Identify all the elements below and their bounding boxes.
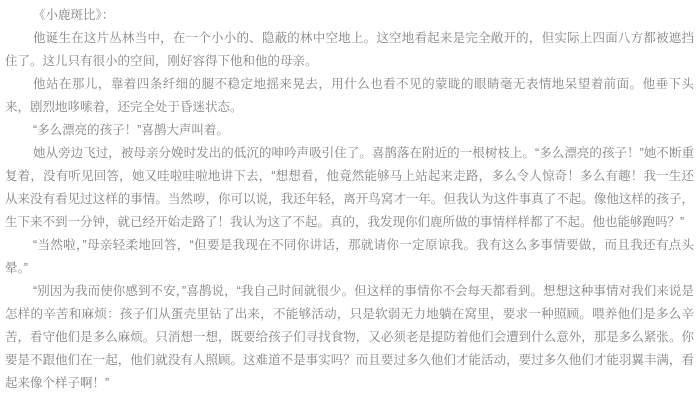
paragraph: 他站在那儿，靠着四条纤细的腿不稳定地摇来晃去，用什么也看不见的蒙眬的眼睛毫无表情… <box>5 73 694 119</box>
document-title: 《小鹿斑比》： <box>5 4 694 27</box>
paragraph: 她从旁边飞过，被母亲分娩时发出的低沉的呻吟声吸引住了。喜鹊落在附近的一根树枝上。… <box>5 142 694 234</box>
document-page: 《小鹿斑比》： 他诞生在这片丛林当中，在一个小小的、隐蔽的林中空地上。这空地看起… <box>0 0 700 400</box>
paragraph: 他诞生在这片丛林当中，在一个小小的、隐蔽的林中空地上。这空地看起来是完全敞开的，… <box>5 27 694 73</box>
paragraph: “多么漂亮的孩子！”喜鹊大声叫着。 <box>5 119 694 142</box>
paragraph: “别因为我而使你感到不安，”喜鹊说，“我自己时间就很少。但这样的事情你不会每天都… <box>5 280 694 395</box>
paragraph: “当然啦，”母亲轻柔地回答，“但要是我现在不同你讲话，那就请你一定原谅我。我有这… <box>5 234 694 280</box>
